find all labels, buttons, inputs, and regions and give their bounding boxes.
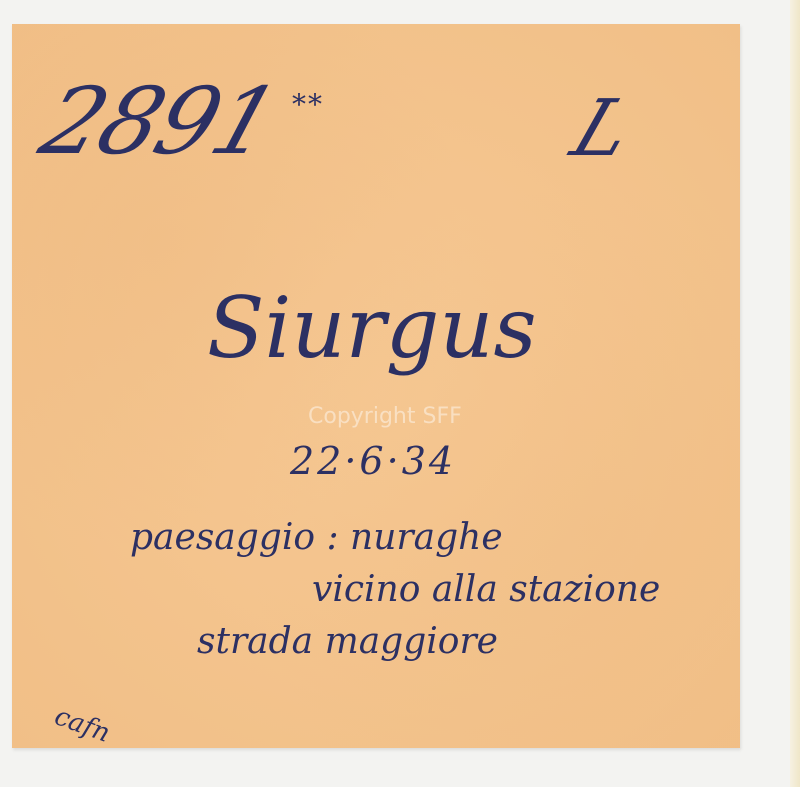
- description-line-2: vicino alla stazione: [312, 572, 660, 608]
- copyright-watermark: Copyright SFF: [308, 404, 462, 429]
- corner-mark: L: [563, 90, 643, 168]
- date: 22·6·34: [290, 442, 456, 480]
- place-name: Siurgus: [207, 286, 537, 370]
- initials-signature: cafn: [51, 701, 114, 748]
- catalog-number: 2891: [31, 76, 287, 168]
- description-line-3: strada maggiore: [197, 624, 498, 660]
- description-line-1: paesaggio : nuraghe: [130, 520, 503, 556]
- archival-card: 2891 ** L Siurgus Copyright SFF 22·6·34 …: [12, 24, 740, 748]
- adjacent-sheet-edge: [790, 0, 800, 787]
- star-marks-icon: **: [292, 88, 324, 121]
